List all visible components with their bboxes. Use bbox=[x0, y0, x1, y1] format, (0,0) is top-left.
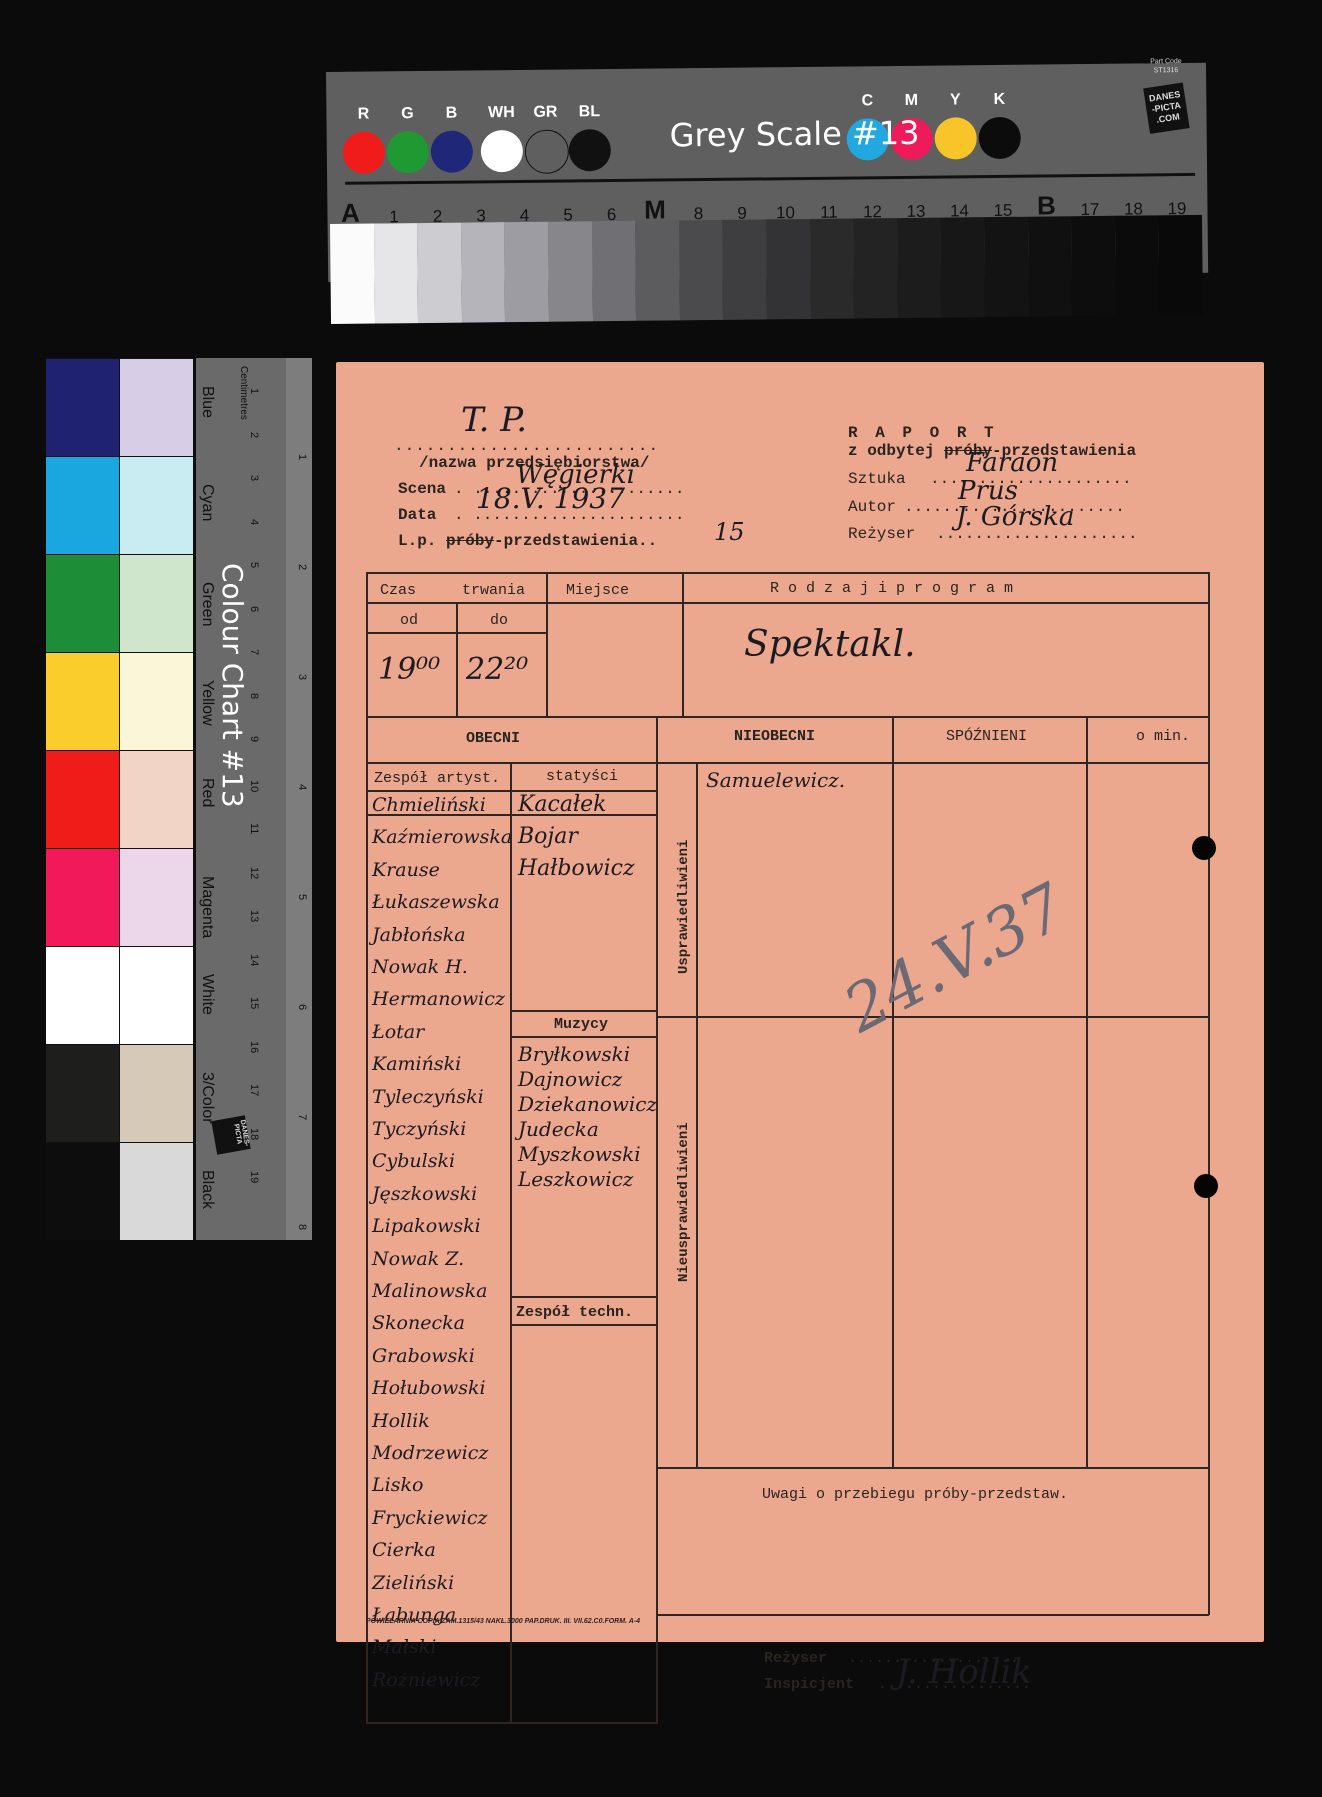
report-form: T. P. ......................... /nazwa p… bbox=[336, 362, 1264, 1642]
grey-step bbox=[853, 218, 898, 318]
patch-wh bbox=[481, 130, 523, 172]
czas-label: Czas bbox=[380, 582, 416, 599]
lp-value: 15 bbox=[714, 518, 745, 546]
list-item: Samuelewicz. bbox=[706, 768, 845, 792]
grey-step bbox=[1158, 215, 1203, 315]
list-item: Lipakowski bbox=[372, 1215, 481, 1237]
grey-scale-title: Grey Scale #13 bbox=[669, 114, 919, 155]
list-item: Kamiński bbox=[372, 1053, 461, 1075]
uwagi-label: Uwagi o przebiegu próby-przedstaw. bbox=[762, 1486, 1068, 1503]
colour-swatches bbox=[46, 358, 194, 1240]
swatch-row-cyan bbox=[46, 456, 194, 554]
pencil-annotation: 24.V.37 bbox=[833, 870, 1078, 1047]
list-item: Hollik bbox=[372, 1410, 430, 1432]
lp-label: L.p. próby-przedstawienia.. bbox=[398, 532, 657, 550]
cm-tick: 1 bbox=[248, 388, 260, 394]
cm-tick: 14 bbox=[248, 954, 260, 966]
scena-label: Scena bbox=[398, 480, 446, 498]
list-item: Jabłońska bbox=[372, 924, 466, 946]
list-item: Fryckiewicz bbox=[372, 1507, 487, 1529]
swatch-name: Blue bbox=[198, 386, 216, 418]
patch-label: R bbox=[342, 105, 384, 123]
grey-step bbox=[592, 221, 637, 321]
inch-tick: 5 bbox=[296, 894, 308, 900]
list-item: Malinowska bbox=[372, 1280, 487, 1302]
zespol-artyst-label: Zespół artyst. bbox=[374, 770, 500, 787]
danes-picta-logo: DANES-PICTA bbox=[211, 1115, 250, 1154]
list-item: Nowak Z. bbox=[372, 1248, 464, 1270]
inspicjent-signature: J. Hollik bbox=[896, 1652, 1032, 1692]
obecni-label: OBECNI bbox=[466, 730, 520, 747]
divider bbox=[345, 173, 1195, 185]
swatch-name: 3/Color bbox=[198, 1072, 216, 1124]
patch-label: K bbox=[978, 91, 1020, 109]
company-handwritten: T. P. bbox=[461, 400, 527, 440]
list-item: Hermanowicz bbox=[372, 988, 505, 1010]
inch-tick: 4 bbox=[296, 784, 308, 790]
grey-step bbox=[810, 219, 855, 319]
grey-step bbox=[548, 221, 593, 321]
swatch-name: Green bbox=[198, 582, 216, 626]
patch-label: BL bbox=[568, 103, 610, 121]
miejsce-label: Miejsce bbox=[566, 582, 629, 599]
swatch-row-white bbox=[46, 946, 194, 1044]
swatch-name: Red bbox=[198, 778, 216, 807]
list-item: Chmieliński bbox=[372, 794, 486, 816]
patch-gr bbox=[525, 129, 569, 173]
trwania-label: trwania bbox=[462, 582, 525, 599]
cm-tick: 9 bbox=[248, 736, 260, 742]
patch-bl bbox=[569, 129, 611, 171]
print-imprint-text: POWIELARNIA COPIA ZAM.1315/43 NAKŁ.3000 … bbox=[366, 1618, 640, 1625]
cm-tick: 7 bbox=[248, 649, 260, 655]
list-item: Łotar bbox=[372, 1021, 424, 1043]
swatch-row-blue bbox=[46, 358, 194, 456]
list-item: Nowak H. bbox=[372, 956, 468, 978]
scale-labels: A123456M89101112131415B171819 bbox=[326, 63, 1206, 72]
inch-tick: 3 bbox=[296, 674, 308, 680]
grey-step bbox=[374, 223, 419, 323]
list-item: Bryłkowski bbox=[518, 1042, 630, 1066]
autor-label: Autor bbox=[848, 498, 896, 516]
cm-tick: 18 bbox=[248, 1128, 260, 1140]
sztuka-label: Sztuka bbox=[848, 470, 906, 488]
data-value: 18.V. 1937 bbox=[476, 482, 625, 515]
muzycy-label: Muzycy bbox=[554, 1016, 608, 1033]
list-item: Tyleczyński bbox=[372, 1086, 484, 1108]
punch-hole bbox=[1194, 1174, 1218, 1198]
list-item: Bojar bbox=[518, 824, 578, 849]
grey-step bbox=[1071, 216, 1116, 316]
nieobecni-label: NIEOBECNI bbox=[734, 728, 815, 745]
grey-step bbox=[330, 224, 375, 324]
grey-step bbox=[984, 217, 1029, 317]
list-item: Grabowski bbox=[372, 1345, 475, 1367]
patch-label: WH bbox=[480, 104, 522, 122]
cm-tick: 6 bbox=[248, 606, 260, 612]
part-code: Part CodeST1316 bbox=[1136, 57, 1196, 76]
colour-chart-strip: BlueCyanGreenYellowRedMagentaWhite3/Colo… bbox=[196, 358, 312, 1240]
cm-tick: 2 bbox=[248, 432, 260, 438]
cm-tick: 3 bbox=[248, 475, 260, 481]
grey-step bbox=[722, 219, 767, 319]
danes-picta-logo: DANES-PICTA.COM bbox=[1143, 82, 1189, 133]
list-item: Lisko bbox=[372, 1474, 423, 1496]
list-item: Hałbowicz bbox=[518, 856, 635, 881]
colour-chart-card: BlueCyanGreenYellowRedMagentaWhite3/Colo… bbox=[46, 358, 312, 1240]
list-item: Tyczyński bbox=[372, 1118, 466, 1140]
list-item: Krause bbox=[372, 859, 440, 881]
patch-label: B bbox=[430, 104, 472, 122]
report-title: R A P O R T bbox=[848, 424, 998, 442]
od-value: 19⁰⁰ bbox=[378, 652, 440, 687]
cm-tick: 10 bbox=[248, 780, 260, 792]
list-item: Dajnowicz bbox=[518, 1067, 622, 1091]
grey-step bbox=[940, 217, 985, 317]
grey-step bbox=[504, 222, 549, 322]
swatch-name: Black bbox=[198, 1170, 216, 1209]
patch-y bbox=[935, 117, 977, 159]
swatch-row-black bbox=[46, 1142, 194, 1240]
data-label: Data bbox=[398, 506, 436, 524]
od-label: od bbox=[400, 612, 418, 629]
swatch-row-magenta bbox=[46, 848, 194, 946]
cm-tick: 8 bbox=[248, 693, 260, 699]
sztuka-value: Faraon bbox=[966, 448, 1058, 478]
list-item: Judecka bbox=[518, 1117, 599, 1141]
cm-tick: 12 bbox=[248, 867, 260, 879]
swatch-name: Cyan bbox=[198, 484, 216, 521]
patch-label: G bbox=[386, 105, 428, 123]
nieusprawiedliwieni-label: Nieusprawiedliwieni bbox=[676, 1122, 692, 1282]
list-item: Rożniewicz bbox=[372, 1669, 480, 1691]
grey-steps bbox=[330, 215, 1203, 324]
inch-tick: 2 bbox=[296, 564, 308, 570]
rezyser-label: Reżyser bbox=[848, 525, 915, 543]
cm-tick: 13 bbox=[248, 910, 260, 922]
grey-step bbox=[1115, 215, 1160, 315]
grey-step bbox=[461, 222, 506, 322]
cm-tick: 17 bbox=[248, 1084, 260, 1096]
punch-hole bbox=[1192, 836, 1216, 860]
colour-patches: RGBWHGRBLCMYK bbox=[326, 63, 1206, 72]
swatch-row-yellow bbox=[46, 652, 194, 750]
grey-step bbox=[635, 220, 680, 320]
list-item: Cierka bbox=[372, 1539, 436, 1561]
inch-tick: 1 bbox=[296, 454, 308, 460]
cm-tick: 11 bbox=[248, 823, 260, 834]
list-item: Myszkowski bbox=[518, 1142, 641, 1166]
patch-k bbox=[979, 117, 1021, 159]
swatch-name: White bbox=[198, 974, 216, 1015]
grey-step bbox=[679, 220, 724, 320]
footer-rezyser-label: Reżyser bbox=[764, 1650, 827, 1667]
list-item: Łukaszewska bbox=[372, 891, 500, 913]
dotted-line: ......................... bbox=[394, 437, 659, 455]
do-value: 22²⁰ bbox=[466, 652, 528, 687]
cm-tick: 16 bbox=[248, 1041, 260, 1053]
cm-tick: 4 bbox=[248, 519, 260, 525]
list-item: Kaźmierowska bbox=[372, 826, 512, 848]
list-item: Modrzewicz bbox=[372, 1442, 488, 1464]
patch-label: M bbox=[890, 92, 932, 110]
swatch-name: Yellow bbox=[198, 680, 216, 726]
cm-tick: 15 bbox=[248, 997, 260, 1009]
rodzaj-label: R o d z a j i p r o g r a m bbox=[770, 580, 1013, 597]
cm-tick: 19 bbox=[248, 1171, 260, 1183]
list-item: Dziekanowicz bbox=[518, 1092, 657, 1116]
patch-label: C bbox=[846, 92, 888, 110]
patch-b bbox=[431, 130, 473, 172]
colour-chart-title: Colour Chart #13 bbox=[216, 563, 249, 808]
inch-tick: 8 bbox=[296, 1224, 308, 1230]
swatch-row-3-color bbox=[46, 1044, 194, 1142]
ruler: Inches 12345678 bbox=[286, 358, 312, 1240]
statysci-label: statyści bbox=[546, 768, 618, 785]
grey-step bbox=[766, 219, 811, 319]
list-item: Jęszkowski bbox=[372, 1183, 477, 1205]
patch-label: GR bbox=[524, 103, 566, 121]
usprawiedliwieni-label: Usprawiedliwieni bbox=[676, 840, 692, 974]
cm-tick: 5 bbox=[248, 562, 260, 568]
rodzaj-value: Spektakl. bbox=[744, 624, 916, 665]
zespol-techn-label: Zespół techn. bbox=[516, 1304, 633, 1321]
patch-label: Y bbox=[934, 91, 976, 109]
swatch-name: Magenta bbox=[198, 876, 216, 938]
list-item: Hołubowski bbox=[372, 1377, 486, 1399]
o-min-label: o min. bbox=[1136, 728, 1190, 745]
footer-inspicjent-label: Inspicjent bbox=[764, 1676, 854, 1693]
swatch-row-red bbox=[46, 750, 194, 848]
patch-g bbox=[387, 131, 429, 173]
rezyser-value: J. Górska bbox=[956, 502, 1074, 532]
list-item: Małski bbox=[372, 1636, 436, 1658]
grey-step bbox=[897, 218, 942, 318]
list-item: Skonecka bbox=[372, 1312, 465, 1334]
do-label: do bbox=[490, 612, 508, 629]
list-item: Leszkowicz bbox=[518, 1167, 633, 1191]
inch-tick: 6 bbox=[296, 1004, 308, 1010]
grey-scale-card: Part CodeST1316 RGBWHGRBLCMYK Grey Scale… bbox=[326, 60, 1206, 335]
patch-r bbox=[343, 131, 385, 173]
list-item: Cybulski bbox=[372, 1150, 455, 1172]
list-item: Zieliński bbox=[372, 1572, 454, 1594]
grey-step bbox=[1027, 216, 1072, 316]
list-item: Kacałek bbox=[518, 792, 606, 817]
spoznieni-label: SPÓŹNIENI bbox=[946, 728, 1027, 745]
inch-tick: 7 bbox=[296, 1114, 308, 1120]
grey-step bbox=[417, 223, 462, 323]
swatch-row-green bbox=[46, 554, 194, 652]
